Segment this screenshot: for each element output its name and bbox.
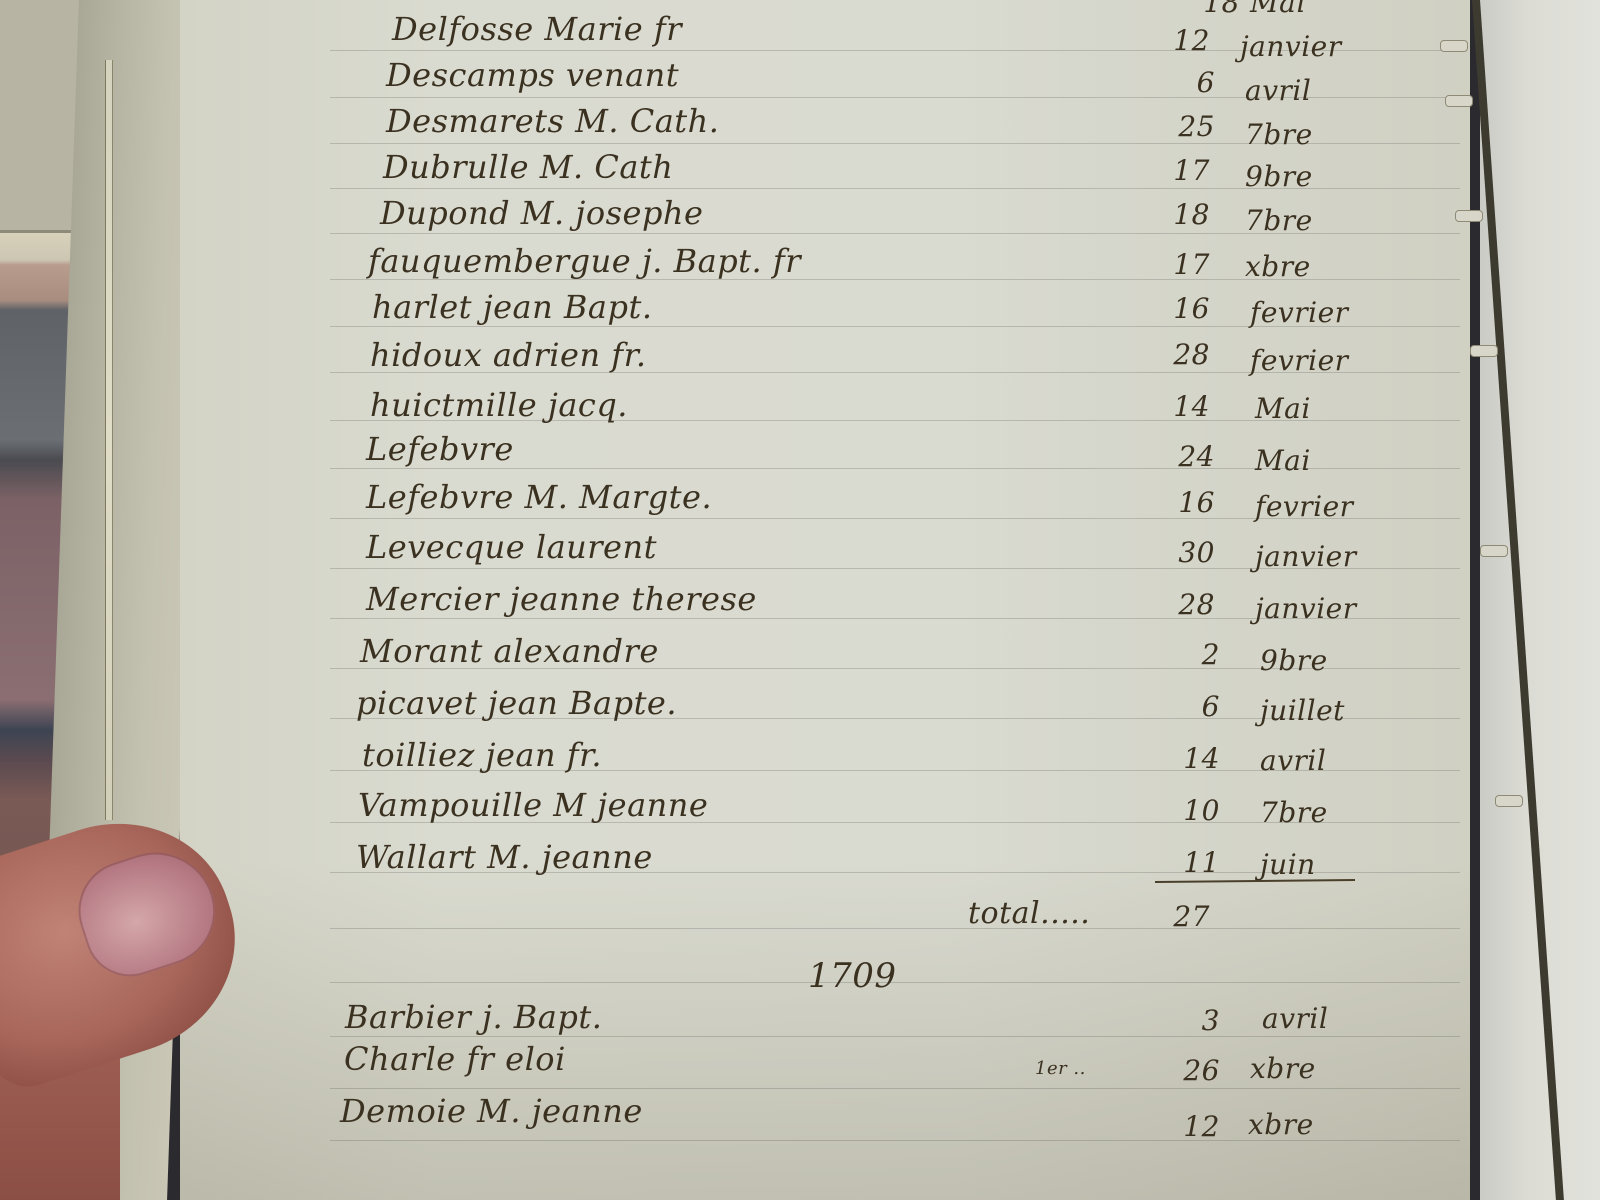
entry-name: Lefebvre M. Margte. — [366, 478, 712, 516]
partial-day: 18 — [1170, 0, 1240, 19]
entry-name: Delfosse Marie fr — [392, 10, 682, 48]
entry-month: xbre — [1245, 250, 1311, 283]
entry-day: 3 — [1150, 1004, 1220, 1037]
cover-crack — [105, 60, 113, 820]
total-label: total..... — [968, 896, 1090, 931]
entry-day: 12 — [1140, 24, 1210, 57]
entry-name: Mercier jeanne therese — [366, 580, 757, 618]
entry-name: huictmille jacq. — [370, 386, 628, 424]
entry-day: 12 — [1150, 1110, 1220, 1143]
entry-month: 9bre — [1260, 644, 1328, 677]
entry-month: janvier — [1255, 540, 1357, 573]
entry-name: Vampouille M jeanne — [358, 786, 708, 824]
entry-day: 14 — [1150, 742, 1220, 775]
entry-name: Wallart M. jeanne — [356, 838, 653, 876]
entry-note: 1er .. — [1035, 1058, 1086, 1079]
entry-month: xbre — [1248, 1108, 1314, 1141]
entry-month: janvier — [1240, 30, 1342, 63]
entry-name: Charle fr eloi — [344, 1040, 566, 1078]
entry-day: 28 — [1140, 338, 1210, 371]
entry-day: 14 — [1140, 390, 1210, 423]
entry-month: Mai — [1255, 392, 1311, 425]
entry-month: juillet — [1260, 694, 1345, 727]
entry-month: avril — [1245, 74, 1311, 107]
entry-month: janvier — [1255, 592, 1357, 625]
entry-month: 7bre — [1245, 204, 1313, 237]
entry-month: Mai — [1255, 444, 1311, 477]
entry-day: 30 — [1145, 536, 1215, 569]
entry-name: Levecque laurent — [366, 528, 657, 566]
entry-name: fauquembergue j. Bapt. fr — [368, 242, 801, 280]
entry-month: fevrier — [1250, 296, 1349, 329]
entry-name: Demoie M. jeanne — [340, 1092, 643, 1130]
entry-day: 17 — [1140, 154, 1210, 187]
total-value: 27 — [1140, 900, 1210, 933]
entry-month: 9bre — [1245, 160, 1313, 193]
entry-day: 6 — [1150, 690, 1220, 723]
entry-name: Dubrulle M. Cath — [383, 148, 673, 186]
entry-name: Morant alexandre — [360, 632, 659, 670]
entry-month: fevrier — [1255, 490, 1354, 523]
entry-month: 7bre — [1260, 796, 1328, 829]
entry-day: 24 — [1145, 440, 1215, 473]
entry-name: harlet jean Bapt. — [372, 288, 653, 326]
entry-name: Descamps venant — [386, 56, 679, 94]
entry-day: 11 — [1150, 846, 1220, 879]
entry-name: picavet jean Bapte. — [356, 684, 677, 722]
entry-name: Desmarets M. Cath. — [386, 102, 719, 140]
entry-day: 2 — [1150, 638, 1220, 671]
entry-month: xbre — [1250, 1052, 1316, 1085]
facing-page — [1480, 0, 1600, 1200]
entry-day: 16 — [1140, 292, 1210, 325]
entry-month: 7bre — [1245, 118, 1313, 151]
entry-name: Dupond M. josephe — [380, 194, 703, 232]
section-year: 1709 — [808, 956, 897, 996]
entry-month: juin — [1260, 848, 1316, 881]
entry-day: 16 — [1145, 486, 1215, 519]
entry-day: 10 — [1150, 794, 1220, 827]
entry-day: 6 — [1145, 66, 1215, 99]
entry-day: 26 — [1150, 1054, 1220, 1087]
entry-name: Lefebvre — [366, 430, 514, 468]
entry-day: 25 — [1145, 110, 1215, 143]
background-paper — [0, 0, 80, 233]
entry-month: avril — [1262, 1002, 1328, 1035]
entry-day: 18 — [1140, 198, 1210, 231]
entry-name: Barbier j. Bapt. — [345, 998, 602, 1036]
entry-name: toilliez jean fr. — [362, 736, 602, 774]
partial-month: Mai — [1250, 0, 1306, 19]
entry-month: avril — [1260, 744, 1326, 777]
entry-name: hidoux adrien fr. — [370, 336, 647, 374]
entry-day: 17 — [1140, 248, 1210, 281]
entry-month: fevrier — [1250, 344, 1349, 377]
entry-day: 28 — [1145, 588, 1215, 621]
